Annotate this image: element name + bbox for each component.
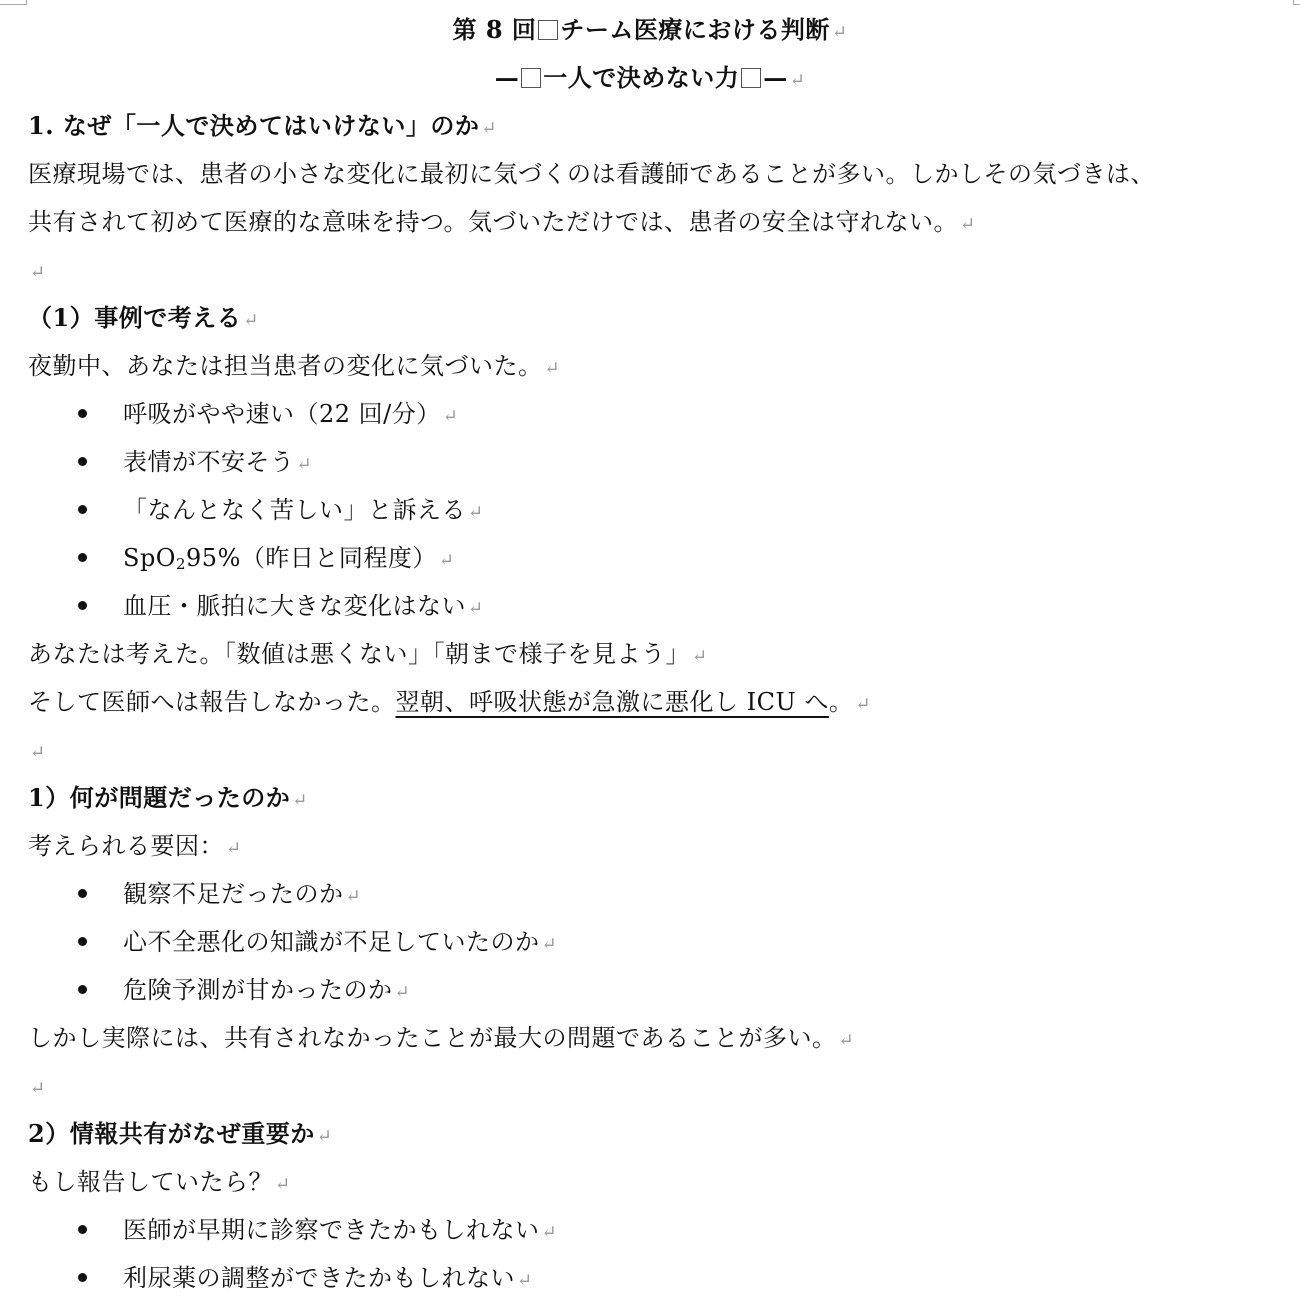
bullet-text: SpO: [123, 544, 176, 572]
paragraph-mark-icon: ↵: [275, 1174, 291, 1195]
sharing-heading: 2）情報共有がなぜ重要か↵: [28, 1110, 1300, 1158]
case-bullet-item: SpO295%（昨日と同程度）↵: [28, 534, 1300, 582]
empty-paragraph: ↵: [28, 726, 1300, 774]
paragraph-mark-icon: ↵: [839, 1030, 855, 1051]
bullet-text: 危険予測が甘かったのか: [123, 976, 393, 1004]
paragraph-text: 共有されて初めて医療的な意味を持つ。気づいただけでは、患者の安全は守れない。: [28, 208, 958, 236]
sharing-lead: もし報告していたら？↵: [28, 1158, 1300, 1206]
paragraph-mark-icon: ↵: [243, 310, 259, 331]
bullet-icon: [78, 409, 87, 418]
heading-text: （1）事例で考える: [28, 303, 241, 332]
case-lead: 夜勤中、あなたは担当患者の変化に気づいた。↵: [28, 342, 1300, 390]
paragraph-mark-icon: ↵: [30, 1078, 46, 1099]
paragraph-text: 考えられる要因：: [28, 832, 224, 860]
paragraph-mark-icon: ↵: [439, 550, 455, 571]
problem-bullet-item: 心不全悪化の知識が不足していたのか↵: [28, 918, 1300, 966]
paragraph-mark-icon: ↵: [517, 1270, 533, 1291]
paragraph-mark-icon: ↵: [226, 838, 242, 859]
bullet-icon: [78, 601, 87, 610]
bullet-text: 医師が早期に診察できたかもしれない: [123, 1216, 540, 1244]
subtitle-text: 一人で決めない力: [543, 63, 739, 92]
case-heading: （1）事例で考える↵: [28, 294, 1300, 342]
bullet-icon: [78, 553, 87, 562]
paragraph-text: そして医師へは報告しなかった。: [28, 688, 396, 716]
paragraph-mark-icon: ↵: [855, 694, 871, 715]
paragraph-mark-icon: ↵: [443, 406, 459, 427]
paragraph-mark-icon: ↵: [960, 214, 976, 235]
paragraph-text: あなたは考えた。「数値は悪くない」「朝まで様子を見よう」: [28, 640, 690, 668]
problem-heading: 1）何が問題だったのか↵: [28, 774, 1300, 822]
bullet-icon: [78, 457, 87, 466]
problem-conclusion: しかし実際には、共有されなかったことが最大の問題であることが多い。↵: [28, 1014, 1300, 1062]
bullet-text: 利尿薬の調整ができたかもしれない: [123, 1264, 515, 1292]
paragraph-mark-icon: ↵: [692, 646, 708, 667]
paragraph-text: 夜勤中、あなたは担当患者の変化に気づいた。: [28, 352, 543, 380]
paragraph-mark-icon: ↵: [481, 118, 497, 139]
bullet-text: 血圧・脈拍に大きな変化はない: [123, 592, 466, 620]
bullet-icon: [78, 937, 87, 946]
missing-glyph-box: [538, 20, 558, 40]
paragraph-text: もし報告していたら？: [28, 1168, 273, 1196]
paragraph-text: 。: [829, 688, 854, 716]
paragraph-mark-icon: ↵: [346, 886, 362, 907]
paragraph-mark-icon: ↵: [542, 1222, 558, 1243]
paragraph-mark-icon: ↵: [790, 70, 806, 91]
paragraph-mark-icon: ↵: [395, 982, 411, 1003]
sharing-bullet-item: 医師が早期に診察できたかもしれない↵: [28, 1206, 1300, 1254]
bullet-text: 95%（昨日と同程度）: [186, 544, 437, 572]
paragraph-mark-icon: ↵: [468, 502, 484, 523]
title-text: チーム医療における判断: [560, 15, 830, 44]
problem-bullet-item: 観察不足だったのか↵: [28, 870, 1300, 918]
problem-bullet-item: 危険予測が甘かったのか↵: [28, 966, 1300, 1014]
paragraph-mark-icon: ↵: [545, 358, 561, 379]
paragraph-mark-icon: ↵: [317, 1126, 333, 1147]
bullet-text: 表情が不安そう: [123, 448, 295, 476]
bullet-icon: [78, 889, 87, 898]
section-heading-1: 1. なぜ「一人で決めてはいけない」のか↵: [28, 102, 1300, 150]
empty-paragraph: ↵: [28, 1062, 1300, 1110]
bullet-text: 呼吸がやや速い（22 回/分）: [123, 400, 441, 428]
problem-lead: 考えられる要因：↵: [28, 822, 1300, 870]
page-corner-mark-right: [1293, 0, 1300, 5]
sharing-bullet-item: 利尿薬の調整ができたかもしれない↵: [28, 1254, 1300, 1300]
case-outcome: そして医師へは報告しなかった。翌朝、呼吸状態が急激に悪化し ICU へ。↵: [28, 678, 1300, 726]
dash: —: [763, 63, 788, 92]
heading-text: 2）情報共有がなぜ重要か: [28, 1119, 315, 1148]
paragraph-mark-icon: ↵: [832, 22, 848, 43]
paragraph-mark-icon: ↵: [542, 934, 558, 955]
paragraph-mark-icon: ↵: [30, 262, 46, 283]
bullet-text: 「なんとなく苦しい」と訴える: [123, 496, 466, 524]
bullet-icon: [78, 505, 87, 514]
intro-paragraph-line-2: 共有されて初めて医療的な意味を持つ。気づいただけでは、患者の安全は守れない。↵: [28, 198, 1300, 246]
bullet-icon: [78, 985, 87, 994]
missing-glyph-box: [741, 68, 761, 88]
paragraph-text: しかし実際には、共有されなかったことが最大の問題であることが多い。: [28, 1024, 837, 1052]
bullet-icon: [78, 1225, 87, 1234]
document-subtitle: —一人で決めない力—↵: [28, 54, 1300, 102]
title-lecture-number: 第 8 回: [452, 15, 536, 44]
case-bullet-item: 呼吸がやや速い（22 回/分）↵: [28, 390, 1300, 438]
bullet-text: 観察不足だったのか: [123, 880, 344, 908]
paragraph-mark-icon: ↵: [297, 454, 313, 475]
document-title: 第 8 回チーム医療における判断↵: [28, 6, 1300, 54]
heading-text: 1）何が問題だったのか: [28, 783, 290, 812]
heading-text: 1. なぜ「一人で決めてはいけない」のか: [28, 111, 479, 140]
case-bullet-item: 表情が不安そう↵: [28, 438, 1300, 486]
bullet-icon: [78, 1273, 87, 1282]
document-page[interactable]: 第 8 回チーム医療における判断↵ —一人で決めない力—↵ 1. なぜ「一人で決…: [28, 6, 1300, 1300]
empty-paragraph: ↵: [28, 246, 1300, 294]
paragraph-mark-icon: ↵: [468, 598, 484, 619]
subscript-text: 2: [176, 555, 186, 573]
intro-paragraph-line-1: 医療現場では、患者の小さな変化に最初に気づくのは看護師であることが多い。しかしそ…: [28, 150, 1300, 198]
paragraph-mark-icon: ↵: [30, 742, 46, 763]
case-bullet-item: 血圧・脈拍に大きな変化はない↵: [28, 582, 1300, 630]
bullet-text: 心不全悪化の知識が不足していたのか: [123, 928, 540, 956]
case-thought: あなたは考えた。「数値は悪くない」「朝まで様子を見よう」↵: [28, 630, 1300, 678]
paragraph-mark-icon: ↵: [292, 790, 308, 811]
case-bullet-item: 「なんとなく苦しい」と訴える↵: [28, 486, 1300, 534]
underlined-text: 翌朝、呼吸状態が急激に悪化し ICU へ: [396, 688, 829, 716]
dash: —: [495, 63, 520, 92]
paragraph-text: 医療現場では、患者の小さな変化に最初に気づくのは看護師であることが多い。しかしそ…: [28, 160, 1155, 188]
missing-glyph-box: [521, 68, 541, 88]
page-corner-mark-left: [0, 0, 27, 5]
